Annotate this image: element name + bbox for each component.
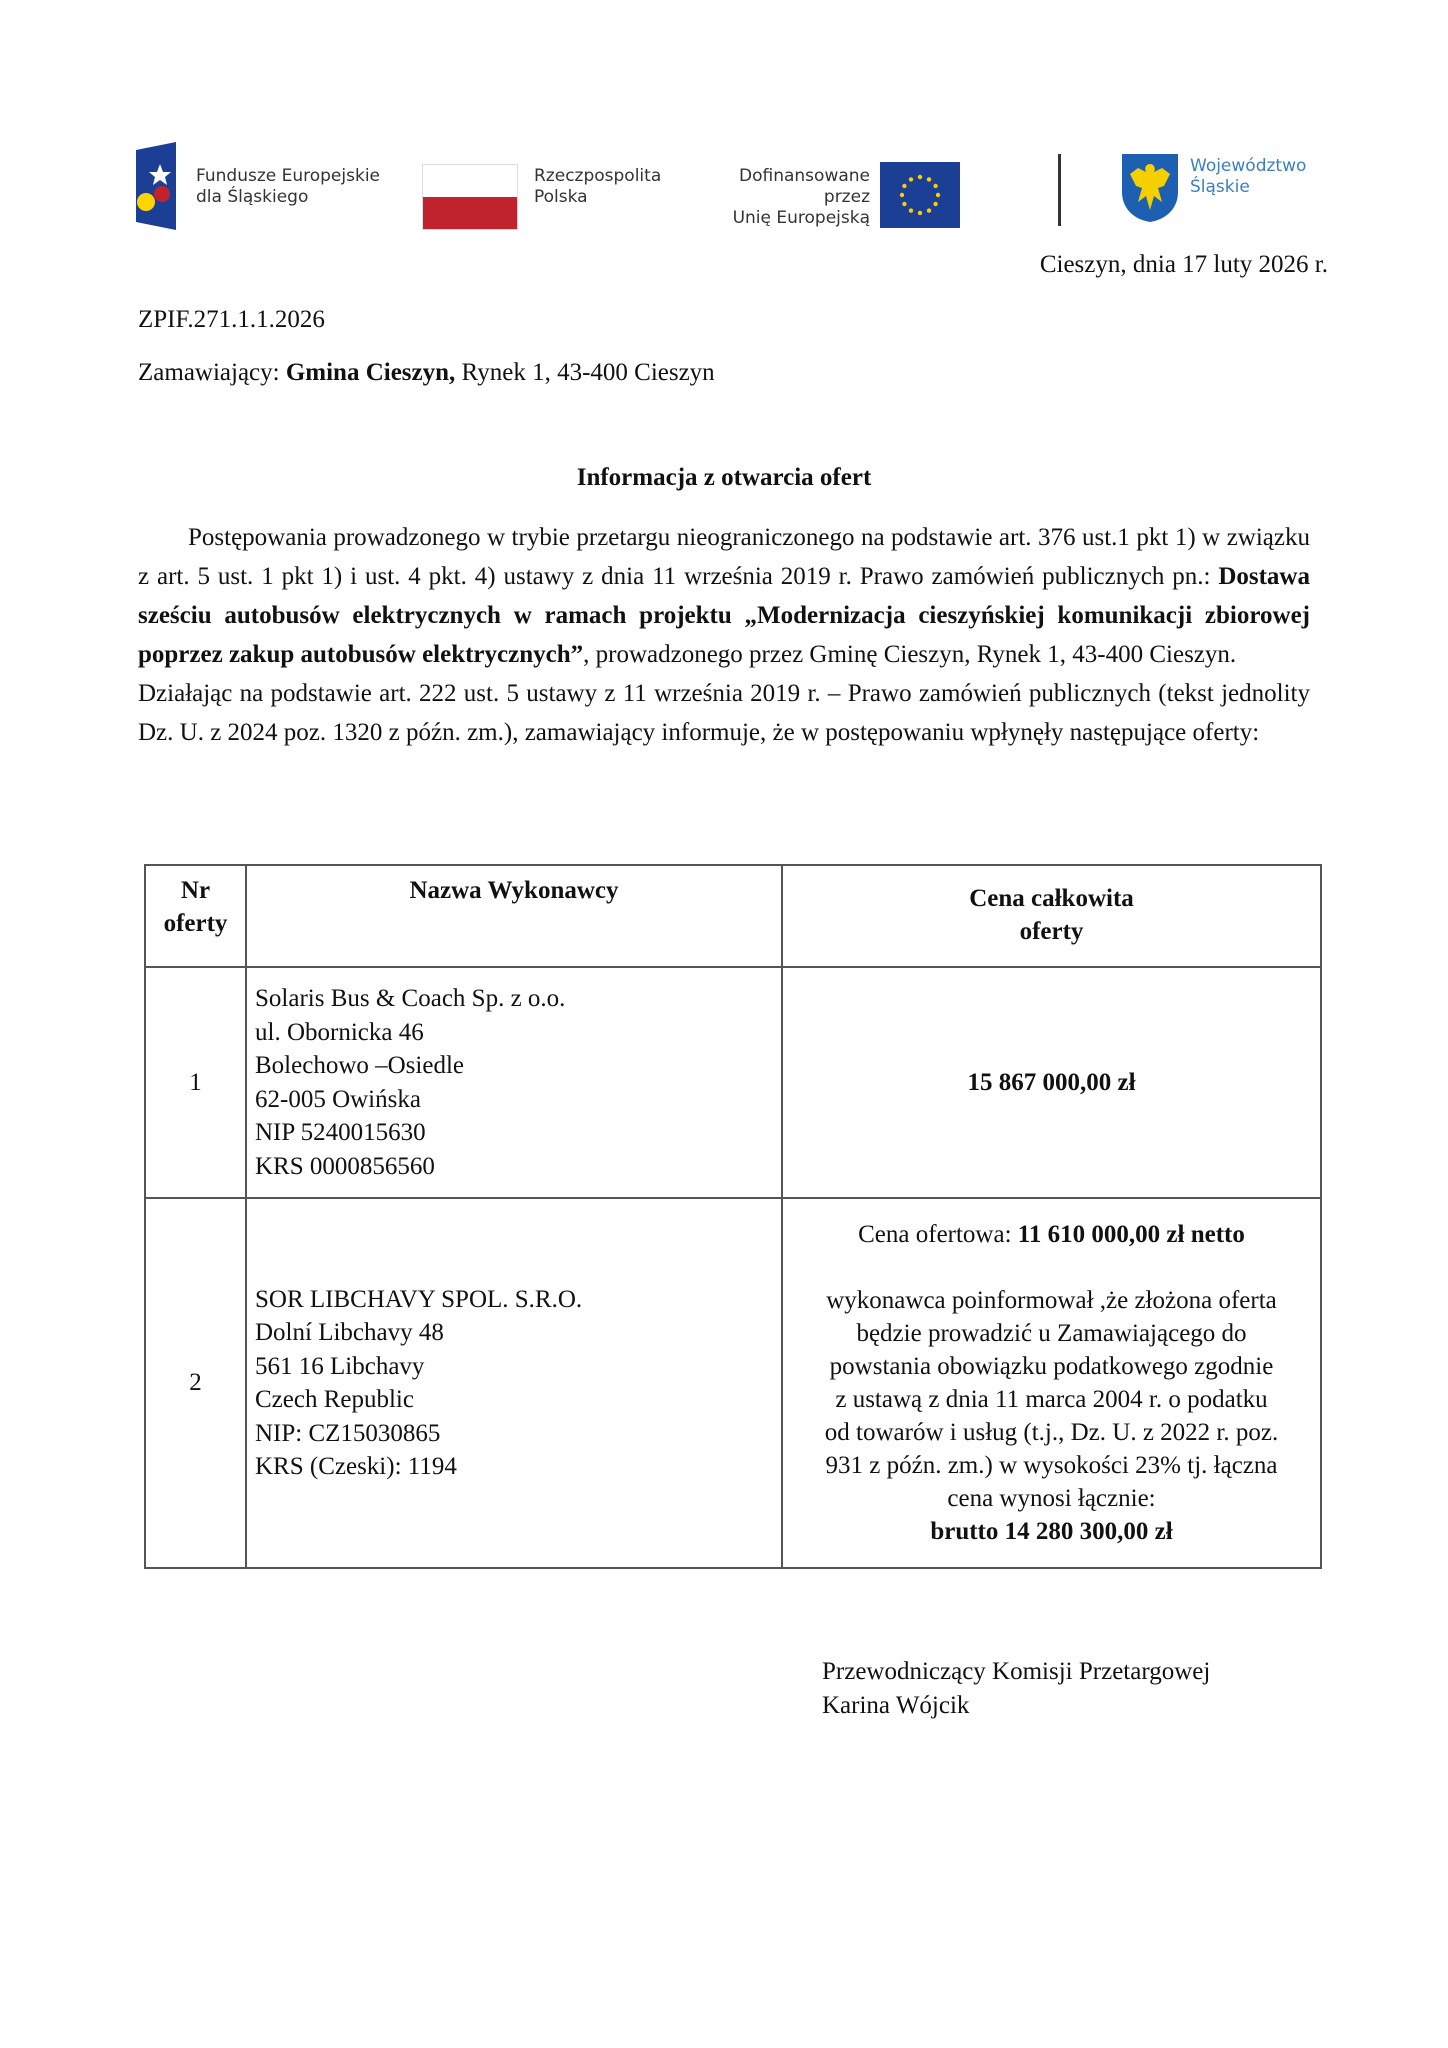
offers-table: Nroferty Nazwa Wykonawcy Cena całkowitao… <box>144 864 1322 1569</box>
polish-flag-icon <box>422 164 518 230</box>
contractor-line: KRS 0000856560 <box>255 1150 773 1184</box>
reference-number: ZPIF.271.1.1.2026 <box>138 306 325 334</box>
contractor-line: Czech Republic <box>255 1383 773 1417</box>
vat-note: wykonawca poinformował ,że złożona ofert… <box>791 1284 1312 1515</box>
offer-price: Cena ofertowa: 11 610 000,00 zł netto wy… <box>782 1198 1321 1568</box>
header-total-price: Cena całkowitaoferty <box>782 865 1321 967</box>
net-price-line: Cena ofertowa: 11 610 000,00 zł netto <box>791 1218 1312 1251</box>
contractor-line: 561 16 Libchavy <box>255 1350 773 1384</box>
paragraph-procedure: Postępowania prowadzonego w trybie przet… <box>138 518 1310 674</box>
table-row: 1 Solaris Bus & Coach Sp. z o.o.ul. Obor… <box>145 967 1321 1198</box>
fundusze-europejskie-logo-icon <box>136 142 176 230</box>
contractor-line: NIP 5240015630 <box>255 1116 773 1150</box>
note-line: cena wynosi łącznie: <box>791 1482 1312 1515</box>
eu-flag-icon <box>880 162 960 228</box>
offer-number: 1 <box>145 967 246 1198</box>
table-header-row: Nroferty Nazwa Wykonawcy Cena całkowitao… <box>145 865 1321 967</box>
offer-number: 2 <box>145 1198 246 1568</box>
place-date: Cieszyn, dnia 17 luty 2026 r. <box>1040 251 1328 279</box>
note-line: od towarów i usług (t.j., Dz. U. z 2022 … <box>791 1416 1312 1449</box>
document-title: Informacja z otwarcia ofert <box>0 464 1448 492</box>
paragraph-legal-basis: Działając na podstawie art. 222 ust. 5 u… <box>138 674 1310 752</box>
contractor-line: NIP: CZ15030865 <box>255 1417 773 1451</box>
contractor-details: SOR LIBCHAVY SPOL. S.R.O.Dolní Libchavy … <box>246 1198 782 1568</box>
contractor-line: ul. Obornicka 46 <box>255 1016 773 1050</box>
note-line: będzie prowadzić u Zamawiającego do <box>791 1317 1312 1350</box>
contractor-details: Solaris Bus & Coach Sp. z o.o.ul. Oborni… <box>246 967 782 1198</box>
silesia-coat-of-arms-icon <box>1120 152 1180 224</box>
header-contractor-name: Nazwa Wykonawcy <box>246 865 782 967</box>
silesia-logo-text: Województwo Śląskie <box>1190 156 1306 198</box>
signatory-name: Karina Wójcik <box>822 1689 1210 1723</box>
offer-price: 15 867 000,00 zł <box>782 967 1321 1198</box>
signatory-role: Przewodniczący Komisji Przetargowej <box>822 1655 1210 1689</box>
eu-cofinance-text: Dofinansowane przez Unię Europejską <box>700 166 870 229</box>
table-row: 2 SOR LIBCHAVY SPOL. S.R.O.Dolní Libchav… <box>145 1198 1321 1568</box>
fe-logo-text: Fundusze Europejskie dla Śląskiego <box>196 166 380 208</box>
contractor-line: Dolní Libchavy 48 <box>255 1316 773 1350</box>
rp-logo-text: Rzeczpospolita Polska <box>534 166 661 208</box>
contractor-line: KRS (Czeski): 1194 <box>255 1450 773 1484</box>
note-line: z ustawą z dnia 11 marca 2004 r. o podat… <box>791 1383 1312 1416</box>
buyer-line: Zamawiający: Gmina Cieszyn, Rynek 1, 43-… <box>138 359 715 387</box>
body-text: Postępowania prowadzonego w trybie przet… <box>138 518 1310 752</box>
header-offer-number: Nroferty <box>145 865 246 967</box>
contractor-line: Solaris Bus & Coach Sp. z o.o. <box>255 982 773 1016</box>
contractor-line: SOR LIBCHAVY SPOL. S.R.O. <box>255 1283 773 1317</box>
note-line: 931 z późn. zm.) w wysokości 23% tj. łąc… <box>791 1449 1312 1482</box>
logo-divider <box>1058 154 1061 226</box>
signature-block: Przewodniczący Komisji Przetargowej Kari… <box>822 1655 1210 1723</box>
header-logos: Fundusze Europejskie dla Śląskiego Rzecz… <box>136 142 1336 232</box>
contractor-line: 62-005 Owińska <box>255 1083 773 1117</box>
contractor-line: Bolechowo –Osiedle <box>255 1049 773 1083</box>
gross-price: brutto 14 280 300,00 zł <box>791 1515 1312 1548</box>
note-line: wykonawca poinformował ,że złożona ofert… <box>791 1284 1312 1317</box>
buyer-name: Gmina Cieszyn, <box>286 359 455 386</box>
note-line: powstania obowiązku podatkowego zgodnie <box>791 1350 1312 1383</box>
